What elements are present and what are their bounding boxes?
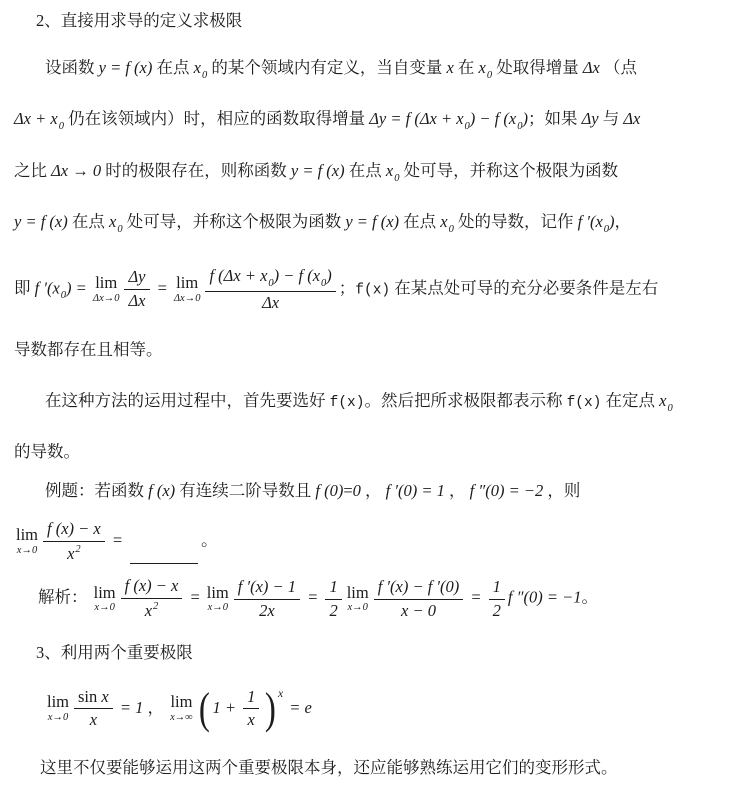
limit: limΔx→0 [93, 275, 120, 304]
limit-word: lim [347, 585, 369, 602]
math-run: x→0 [347, 602, 367, 613]
fraction-numerator: 1 [325, 577, 341, 600]
math-run: Δy [128, 267, 145, 286]
text-run: 时的极限存在，则称函数 [101, 161, 291, 180]
text-run: 2、直接用求导的定义求极限 [36, 11, 242, 30]
math-run: f (0) [315, 481, 343, 500]
math-run: y = f (x) [99, 58, 153, 77]
text-run: 在点 [399, 212, 440, 231]
fraction-denominator: 2x [259, 600, 275, 622]
section-heading-3: 3、利用两个重要极限 [36, 642, 193, 665]
mono-run: f(x) [567, 395, 602, 411]
text-run: 这里不仅要能够运用这两个重要极限本身，还应能够熟练运用它们的变形形式。 [40, 758, 618, 777]
math-run: f (x) − x [125, 576, 179, 595]
limit-word: lim [207, 585, 229, 602]
fraction-numerator: 1 [489, 577, 505, 600]
limit-under: x→0 [208, 603, 228, 614]
text-run: 在点 [152, 58, 193, 77]
math-run: Δy = f (Δx + x [369, 109, 463, 128]
math-run: 1 + [212, 697, 240, 716]
limit: limx→0 [94, 585, 116, 614]
math-run: y = f (x) [14, 212, 68, 231]
text-run: 在这种方法的运用过程中，首先要选好 [45, 391, 330, 410]
text-run: 设函数 [45, 58, 99, 77]
math-run: Δy [582, 109, 599, 128]
text-run: = [343, 481, 352, 500]
fraction-numerator: sin x [74, 687, 113, 710]
text-run: 有连续二阶导数且 [175, 481, 315, 500]
fraction-denominator: Δx [262, 292, 279, 314]
fraction-denominator: Δx [128, 290, 145, 312]
text-run: ； [339, 278, 356, 297]
fraction-numerator: 1 [243, 687, 259, 710]
derivative-definition-formula: 即 f ′(x0) = limΔx→0ΔyΔx = limΔx→0f (Δx +… [14, 266, 658, 314]
math-run: 0 [353, 481, 361, 500]
text-run: 解析： [38, 588, 92, 607]
example-statement: 例题：若函数 f (x) 有连续二阶导数且 f (0)=0 ， f ′(0) =… [45, 480, 580, 503]
roman-run: sin [78, 687, 101, 706]
math-run: f (x) − x [47, 519, 101, 538]
math-run: x→0 [48, 712, 68, 723]
math-run: = [153, 278, 172, 297]
open-paren-icon: ( [199, 689, 210, 729]
text-run: 在某点处可导的充分必要条件是左右 [390, 278, 658, 297]
math-run: f ′(x [35, 278, 60, 297]
superscript: 2 [75, 544, 80, 555]
text-run: 导数都存在且相等。 [14, 340, 163, 359]
fraction: f (x) − xx2 [43, 519, 105, 564]
fraction-denominator: 2 [493, 600, 501, 622]
section-heading-2: 2、直接用求导的定义求极限 [36, 10, 242, 33]
math-run: Δx [262, 293, 279, 312]
math-run: = [185, 588, 204, 607]
limit-word: lim [16, 527, 38, 544]
fraction-denominator: x2 [67, 542, 81, 565]
math-run: f (x) [148, 481, 175, 500]
math-run: Δx [128, 291, 145, 310]
limit-under: Δx→0 [174, 294, 201, 305]
limit: limx→∞ [170, 694, 193, 723]
text-run: （点 [600, 58, 637, 77]
fraction-numerator: f (x) − x [121, 576, 183, 599]
math-run: ) − f (x [470, 109, 516, 128]
fraction-numerator: f (x) − x [43, 519, 105, 542]
math-run: x [67, 544, 74, 563]
definition-para-line-2: Δx + x0 仍在该领域内）时，相应的函数取得增量 Δy = f (Δx + … [14, 108, 640, 134]
closing-remark: 这里不仅要能够运用这两个重要极限本身，还应能够熟练运用它们的变形形式。 [40, 757, 618, 780]
limit-under: Δx→0 [93, 294, 120, 305]
limit: limΔx→0 [174, 275, 201, 304]
math-run: x [659, 391, 666, 410]
text-run: ， [143, 697, 168, 716]
math-run: f ′(0) = 1 [386, 481, 445, 500]
fraction: sin xx [74, 687, 113, 731]
fraction: 1x [243, 687, 259, 731]
fraction: f (x) − xx2 [121, 576, 183, 621]
definition-para-line-4: y = f (x) 在点 x0 处可导，并称这个极限为函数 y = f (x) … [14, 211, 631, 237]
fraction-numerator: f ′(x) − 1 [234, 577, 300, 600]
math-run: f ′(x) − f ′(0) [378, 577, 460, 596]
limit-word: lim [47, 694, 69, 711]
text-run: 即 [14, 278, 35, 297]
math-run: 2 [493, 601, 501, 620]
math-run: Δx + x [14, 109, 58, 128]
fraction-denominator: 2 [329, 600, 337, 622]
math-run: = [303, 588, 322, 607]
math-run: x→∞ [170, 712, 193, 723]
text-run: 处可导，并称这个极限为函数 [399, 161, 618, 180]
math-run: f ″(0) = −1 [508, 588, 582, 607]
math-run: Δx→0 [93, 293, 120, 304]
fraction: f (Δx + x0) − f (x0)Δx [205, 266, 335, 314]
limit-under: x→0 [48, 713, 68, 724]
math-run: x [386, 161, 393, 180]
text-run: 处取得增量 [492, 58, 583, 77]
math-run: = [466, 588, 485, 607]
definition-para-line-1: 设函数 y = f (x) 在点 x0 的某个领域内有定义，当自变量 x 在 x… [45, 57, 637, 83]
math-run: x [479, 58, 486, 77]
math-run: = 1 [116, 697, 144, 716]
fraction: 12 [325, 577, 341, 621]
parenthesized-expression: (1 + 1x)x [197, 687, 283, 731]
limit: limx→0 [207, 585, 229, 614]
definition-para-line-6: 导数都存在且相等。 [14, 339, 163, 362]
math-run: x − 0 [401, 601, 436, 620]
text-run: 在点 [345, 161, 386, 180]
math-run: x [101, 687, 108, 706]
text-run: ，则 [543, 481, 580, 500]
text-run: 与 [599, 109, 624, 128]
math-run: 2x [259, 601, 275, 620]
math-run: x→0 [208, 602, 228, 613]
fraction-numerator: f (Δx + x0) − f (x0) [205, 266, 335, 292]
math-run: f ′(x [578, 212, 603, 231]
fraction-numerator: Δy [124, 267, 149, 290]
text-run: 在定点 [601, 391, 659, 410]
fraction: f ′(x) − f ′(0)x − 0 [374, 577, 464, 621]
math-run: 2 [329, 601, 337, 620]
mono-run: f(x) [355, 282, 390, 298]
math-run: ) − f (x [274, 266, 320, 285]
math-run: x→0 [17, 545, 37, 556]
text-run: ， [615, 212, 632, 231]
limit-word: lim [176, 275, 198, 292]
text-run: 。然后把所求极限都表示称 [364, 391, 566, 410]
math-run: x [248, 710, 255, 729]
fraction-denominator: x2 [145, 599, 159, 622]
blank-underline [130, 562, 198, 564]
math-run: f ″(0) = −2 [470, 481, 544, 500]
math-run: x [440, 212, 447, 231]
math-run: x [194, 58, 201, 77]
math-run: = [108, 531, 127, 550]
fraction: f ′(x) − 12x [234, 577, 300, 621]
math-run: x [109, 212, 116, 231]
limit: limx→0 [47, 694, 69, 723]
text-run: ， [445, 481, 470, 500]
fraction-denominator: x [90, 709, 97, 731]
math-run: y = f (x) [291, 161, 345, 180]
text-run: 3、利用两个重要极限 [36, 643, 193, 662]
important-limits-formula: limx→0sin xx = 1 ， limx→∞(1 + 1x)x = e [45, 687, 312, 731]
limit-under: x→0 [347, 603, 367, 614]
text-run: 在 [454, 58, 479, 77]
limit-under: x→∞ [170, 713, 193, 724]
text-run: 。 [201, 531, 218, 550]
math-run: 1 [247, 687, 255, 706]
text-run: 之比 [14, 161, 51, 180]
math-run: ) = [66, 278, 91, 297]
math-run: y = f (x) [345, 212, 399, 231]
text-run: ， [361, 481, 386, 500]
limit-word: lim [95, 275, 117, 292]
text-run: 在点 [68, 212, 109, 231]
fraction: ΔyΔx [124, 267, 149, 311]
limit: limx→0 [16, 527, 38, 556]
math-run: Δx [583, 58, 600, 77]
text-run: 处可导，并称这个极限为函数 [123, 212, 346, 231]
fraction-denominator: x − 0 [401, 600, 436, 622]
fraction-numerator: f ′(x) − f ′(0) [374, 577, 464, 600]
math-run: x→0 [94, 602, 114, 613]
mono-run: f(x) [330, 395, 365, 411]
paren-content: 1 + 1x [212, 687, 262, 731]
example-limit-question: limx→0f (x) − xx2 = 。 [14, 519, 218, 564]
math-run: Δx → 0 [51, 161, 101, 180]
text-run: 的某个领域内有定义，当自变量 [207, 58, 446, 77]
limit-word: lim [170, 694, 192, 711]
math-run: = e [285, 697, 312, 716]
limit: limx→0 [347, 585, 369, 614]
limit-word: lim [94, 585, 116, 602]
subscript: 0 [667, 403, 672, 414]
close-paren-icon: ) [265, 689, 276, 729]
fraction-denominator: x [248, 709, 255, 731]
text-run: 的导数。 [14, 442, 80, 461]
math-run: x [145, 601, 152, 620]
text-run: 。 [582, 588, 599, 607]
method-para-line-2: 的导数。 [14, 441, 80, 464]
text-run: 处的导数，记作 [454, 212, 578, 231]
math-run: ) [326, 266, 332, 285]
math-run: Δx→0 [174, 293, 201, 304]
paren-superscript: x [278, 687, 283, 703]
math-run: f (Δx + x [209, 266, 267, 285]
math-run: 1 [329, 577, 337, 596]
text-run: 例题：若函数 [45, 481, 148, 500]
definition-para-line-3: 之比 Δx → 0 时的极限存在，则称函数 y = f (x) 在点 x0 处可… [14, 160, 618, 186]
math-run: 1 [493, 577, 501, 596]
math-run: Δx [623, 109, 640, 128]
fraction: 12 [489, 577, 505, 621]
document-page: 2、直接用求导的定义求极限设函数 y = f (x) 在点 x0 的某个领域内有… [0, 0, 735, 801]
text-run: ；如果 [528, 109, 582, 128]
solution-line: 解析： limx→0f (x) − xx2 = limx→0f ′(x) − 1… [38, 576, 598, 621]
method-para-line-1: 在这种方法的运用过程中，首先要选好 f(x)。然后把所求极限都表示称 f(x) … [45, 390, 673, 416]
text-run: 仍在该领域内）时，相应的函数取得增量 [64, 109, 369, 128]
limit-under: x→0 [94, 603, 114, 614]
math-run: x [446, 58, 453, 77]
math-run: f ′(x) − 1 [238, 577, 296, 596]
limit-under: x→0 [17, 546, 37, 557]
math-run: x [90, 710, 97, 729]
superscript: 2 [153, 601, 158, 612]
